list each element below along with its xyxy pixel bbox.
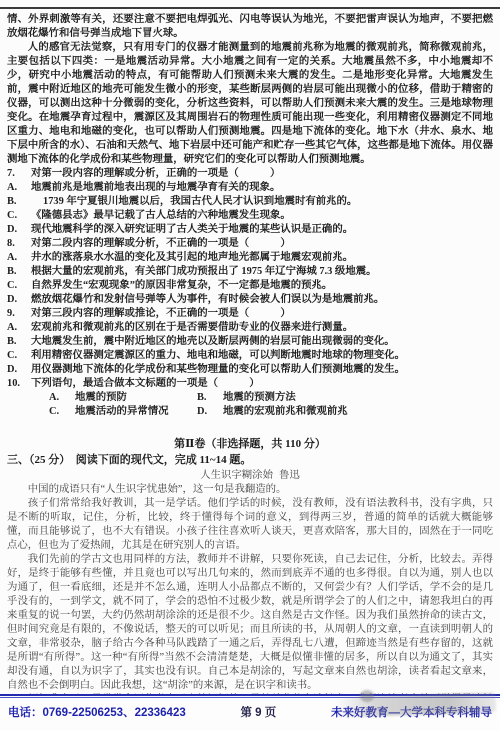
question-8-option-d: D. 燃放烟花爆竹和发射信号弹等人为事件，有时候会被人们误以为是地震前兆。 <box>7 293 493 307</box>
question-9-option-b: B. 大地震发生前，震中附近地区的地壳以及断层两侧的岩层可能出现微弱的变化。 <box>7 335 493 349</box>
option-label: A. <box>49 391 75 405</box>
option-text: 1739 年宁夏银川地震以后，我国古代人民才认识到地震时有前兆的。 <box>31 195 493 209</box>
option-label: C. <box>7 209 31 223</box>
option-label: D. <box>7 293 31 307</box>
question-8: 8. 对第二段内容的理解或分析，不正确的一项是（ ） <box>7 237 493 251</box>
passage-earthquake: 情、外界刺激等有关，还要注意不要把电焊弧光、闪电等误认为地光，不要把雷声误认为地… <box>7 13 493 167</box>
option-label: A. <box>7 181 31 195</box>
option-text: 用仪器测地下流体的化学成份和某些物理量的变化可以帮助人们预测地震的发生。 <box>31 363 493 377</box>
option-label: D. <box>197 405 223 419</box>
question-7-option-d: D. 现代地震科学的深入研究证明了古人类关于地震的某些认识是正确的。 <box>7 223 493 237</box>
option-label: B. <box>197 391 223 405</box>
option-text: 根据大量的宏观前兆，有关部门成功预报出了 1975 年辽宁海城 7.3 级地震。 <box>31 265 493 279</box>
option-text: 燃放烟花爆竹和发射信号弹等人为事件，有时候会被人们误以为是地震前兆。 <box>31 293 493 307</box>
option-text: 《隆德县志》最早记载了古人总结的六种地震发生现象。 <box>31 209 493 223</box>
passage-micro-paragraph: 人的感官无法觉察，只有用专门的仪器才能测量到的地震前兆称为地震的微观前兆，简称微… <box>7 41 493 167</box>
option-label: C. <box>7 279 31 293</box>
option-text: 宏观前兆和微观前兆的区别在于是否需要借助专业的仪器来进行测量。 <box>31 321 493 335</box>
question-9-option-c: C. 利用精密仪器测定震源区的重力、地电和地磁，可以判断地震时地球的物理变化。 <box>7 349 493 363</box>
essay-paragraph-1: 中国的成语只有“人生识字忧患始”，这一句是我翻造的。 <box>7 483 493 497</box>
footer-phone: 电话：0769-22506253、22336423 <box>8 704 186 720</box>
question-8-option-c: C. 自然界发生“宏观现象”的原因非常复杂，不一定都是地震的预兆。 <box>7 279 493 293</box>
top-divider-rule <box>0 7 500 9</box>
option-text: 大地震发生前，震中附近地区的地壳以及断层两侧的岩层可能出现微弱的变化。 <box>31 335 493 349</box>
footer-brand: 未来好教育—大学本科专科辅导 <box>331 704 492 720</box>
question-10-option-b: B. 地震的预测方法 <box>197 391 493 405</box>
option-label: D. <box>7 223 31 237</box>
question-10-option-a: A. 地震的预防 <box>49 391 197 405</box>
page-number: 第 9 页 <box>240 704 276 720</box>
essay-title-line: 人生识字糊涂始鲁迅 <box>7 469 493 483</box>
page-footer: 电话：0769-22506253、22336423 第 9 页 未来好教育—大学… <box>0 694 500 731</box>
part-three-heading: 三、（25 分） 阅读下面的现代文，完成 11~14 题。 <box>7 453 493 467</box>
question-9-option-d: D. 用仪器测地下流体的化学成份和某些物理量的变化可以帮助人们预测地震的发生。 <box>7 363 493 377</box>
option-label: D. <box>7 363 31 377</box>
option-text: 井水的涨落泉水水温的变化及其引起的地声地光都属于地震宏观前兆。 <box>31 251 493 265</box>
question-7: 7. 对第一段内容的理解或分析，正确的一项是（ ） <box>7 167 493 181</box>
question-10-option-c: C. 地震活动的异常情况 <box>49 405 197 419</box>
option-label: A. <box>7 321 31 335</box>
option-label: B. <box>7 335 31 349</box>
option-label: A. <box>7 251 31 265</box>
question-7-stem: 对第一段内容的理解或分析，正确的一项是（ ） <box>31 167 493 181</box>
question-8-stem: 对第二段内容的理解或分析，不正确的一项是（ ） <box>31 237 493 251</box>
exam-paper-page: 情、外界刺激等有关，还要注意不要把电焊弧光、闪电等误认为地光，不要把雷声误认为地… <box>0 0 500 731</box>
volume-ii-title: 第Ⅱ卷（非选择题，共 110 分） <box>7 437 493 451</box>
option-text: 地震的宏观前兆和微观前兆 <box>223 405 493 419</box>
question-9-option-a: A. 宏观前兆和微观前兆的区别在于是否需要借助专业的仪器来进行测量。 <box>7 321 493 335</box>
question-9: 9. 对第三段内容的理解或推论，不正确的一项是（ ） <box>7 307 493 321</box>
question-7-option-c: C. 《隆德县志》最早记载了古人总结的六种地震发生现象。 <box>7 209 493 223</box>
option-text: 自然界发生“宏观现象”的原因非常复杂，不一定都是地震的预兆。 <box>31 279 493 293</box>
option-text: 利用精密仪器测定震源区的重力、地电和地磁，可以判断地震时地球的物理变化。 <box>31 349 493 363</box>
question-8-option-b: B. 根据大量的宏观前兆，有关部门成功预报出了 1975 年辽宁海城 7.3 级… <box>7 265 493 279</box>
question-10-options: A. 地震的预防 B. 地震的预测方法 C. 地震活动的异常情况 D. 地震的宏… <box>7 391 493 419</box>
question-7-option-b: B. 1739 年宁夏银川地震以后，我国古代人民才认识到地震时有前兆的。 <box>7 195 493 209</box>
essay-title: 人生识字糊涂始 <box>200 470 273 481</box>
multiple-choice-questions: 7. 对第一段内容的理解或分析，正确的一项是（ ） A. 地震前兆是地震前地表出… <box>7 167 493 419</box>
option-label: B. <box>7 265 31 279</box>
footer-brand-text: 未来好教育—大学本科专科辅导 <box>331 707 492 719</box>
essay-paragraph-2: 孩子们常常给我好教训，其一是学话。他们学话的时候，没有教师，没有语法教科书，没有… <box>7 497 493 553</box>
option-text: 现代地震科学的深入研究证明了古人类关于地震的某些认识是正确的。 <box>31 223 493 237</box>
footer-row: 电话：0769-22506253、22336423 第 9 页 未来好教育—大学… <box>0 698 500 720</box>
option-text: 地震的预测方法 <box>223 391 493 405</box>
essay-author: 鲁迅 <box>279 470 300 481</box>
question-9-stem: 对第三段内容的理解或推论，不正确的一项是（ ） <box>31 307 493 321</box>
option-text: 地震的预防 <box>75 391 197 405</box>
footer-divider-thick <box>0 694 500 696</box>
question-10-stem: 下列语句，最适合做本文标题的一项是（ ） <box>31 377 493 391</box>
question-8-option-a: A. 井水的涨落泉水水温的变化及其引起的地声地光都属于地震宏观前兆。 <box>7 251 493 265</box>
question-7-option-a: A. 地震前兆是地震前地表出现的与地震孕育有关的现象。 <box>7 181 493 195</box>
question-9-number: 9. <box>7 307 31 321</box>
question-7-number: 7. <box>7 167 31 181</box>
option-label: C. <box>7 349 31 363</box>
question-10: 10. 下列语句，最适合做本文标题的一项是（ ） <box>7 377 493 391</box>
option-label: B. <box>7 195 31 209</box>
question-8-number: 8. <box>7 237 31 251</box>
option-text: 地震活动的异常情况 <box>75 405 197 419</box>
question-10-number: 10. <box>7 377 31 391</box>
essay-paragraph-3: 我们先前的学古文也用同样的方法，教师并不讲解，只要你死读，自己去记住，分析，比较… <box>7 553 493 693</box>
page-content: 情、外界刺激等有关，还要注意不要把电焊弧光、闪电等误认为地光，不要把雷声误认为地… <box>7 13 493 731</box>
option-label: C. <box>49 405 75 419</box>
passage-continuation-paragraph: 情、外界刺激等有关，还要注意不要把电焊弧光、闪电等误认为地光，不要把雷声误认为地… <box>7 13 493 41</box>
question-10-option-d: D. 地震的宏观前兆和微观前兆 <box>197 405 493 419</box>
option-text: 地震前兆是地震前地表出现的与地震孕育有关的现象。 <box>31 181 493 195</box>
